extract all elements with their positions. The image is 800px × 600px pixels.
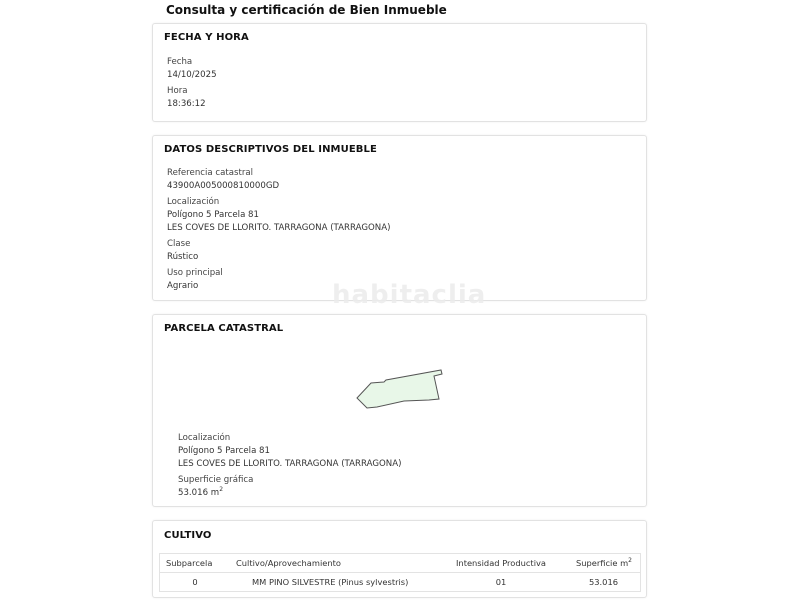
parcela-localizacion-line2: LES COVES DE LLORITO. TARRAGONA (TARRAGO…: [178, 458, 401, 471]
parcela-localizacion-line1: Polígono 5 Parcela 81: [178, 445, 401, 458]
cell-subparcela: 0: [160, 573, 231, 592]
table-header-row: Subparcela Cultivo/Aprovechamiento Inten…: [160, 554, 641, 573]
datos-fields: Referencia catastral 43900A005000810000G…: [167, 167, 390, 293]
cell-intensidad: 01: [440, 573, 562, 592]
section-heading-fecha-hora: FECHA Y HORA: [164, 32, 249, 43]
col-subparcela: Subparcela: [160, 554, 231, 573]
referencia-value: 43900A005000810000GD: [167, 180, 390, 193]
section-heading-cultivo: CULTIVO: [164, 530, 211, 541]
fecha-label: Fecha: [167, 56, 217, 69]
hora-label: Hora: [167, 85, 217, 98]
localizacion-line2: LES COVES DE LLORITO. TARRAGONA (TARRAGO…: [167, 222, 390, 235]
fecha-field: Fecha 14/10/2025 Hora 18:36:12: [167, 56, 217, 111]
superficie-label: Superficie gráfica: [178, 474, 401, 487]
table-row: 0MM PINO SILVESTRE (Pinus sylvestris)015…: [160, 573, 641, 592]
cultivo-table: Subparcela Cultivo/Aprovechamiento Inten…: [159, 553, 641, 592]
uso-value: Agrario: [167, 280, 390, 293]
clase-value: Rústico: [167, 251, 390, 264]
parcela-fields: Localización Polígono 5 Parcela 81 LES C…: [178, 432, 401, 500]
referencia-label: Referencia catastral: [167, 167, 390, 180]
page-title: Consulta y certificación de Bien Inmuebl…: [166, 3, 447, 17]
card-datos-descriptivos: DATOS DESCRIPTIVOS DEL INMUEBLE Referenc…: [152, 135, 647, 301]
card-parcela-catastral: PARCELA CATASTRAL Localización Polígono …: [152, 314, 647, 507]
fecha-value: 14/10/2025: [167, 69, 217, 82]
uso-label: Uso principal: [167, 267, 390, 280]
hora-value: 18:36:12: [167, 98, 217, 111]
col-cultivo: Cultivo/Aprovechamiento: [230, 554, 440, 573]
cell-superficie: 53.016: [562, 573, 641, 592]
localizacion-line1: Polígono 5 Parcela 81: [167, 209, 390, 222]
superficie-value: 53.016 m2: [178, 487, 401, 500]
col-intensidad: Intensidad Productiva: [440, 554, 562, 573]
col-superficie: Superficie m2: [562, 554, 641, 573]
card-fecha-hora: FECHA Y HORA Fecha 14/10/2025 Hora 18:36…: [152, 23, 647, 122]
card-cultivo: CULTIVO Subparcela Cultivo/Aprovechamien…: [152, 520, 647, 598]
parcela-localizacion-label: Localización: [178, 432, 401, 445]
section-heading-datos: DATOS DESCRIPTIVOS DEL INMUEBLE: [164, 144, 377, 155]
cell-cultivo: MM PINO SILVESTRE (Pinus sylvestris): [230, 573, 440, 592]
localizacion-label: Localización: [167, 196, 390, 209]
clase-label: Clase: [167, 238, 390, 251]
